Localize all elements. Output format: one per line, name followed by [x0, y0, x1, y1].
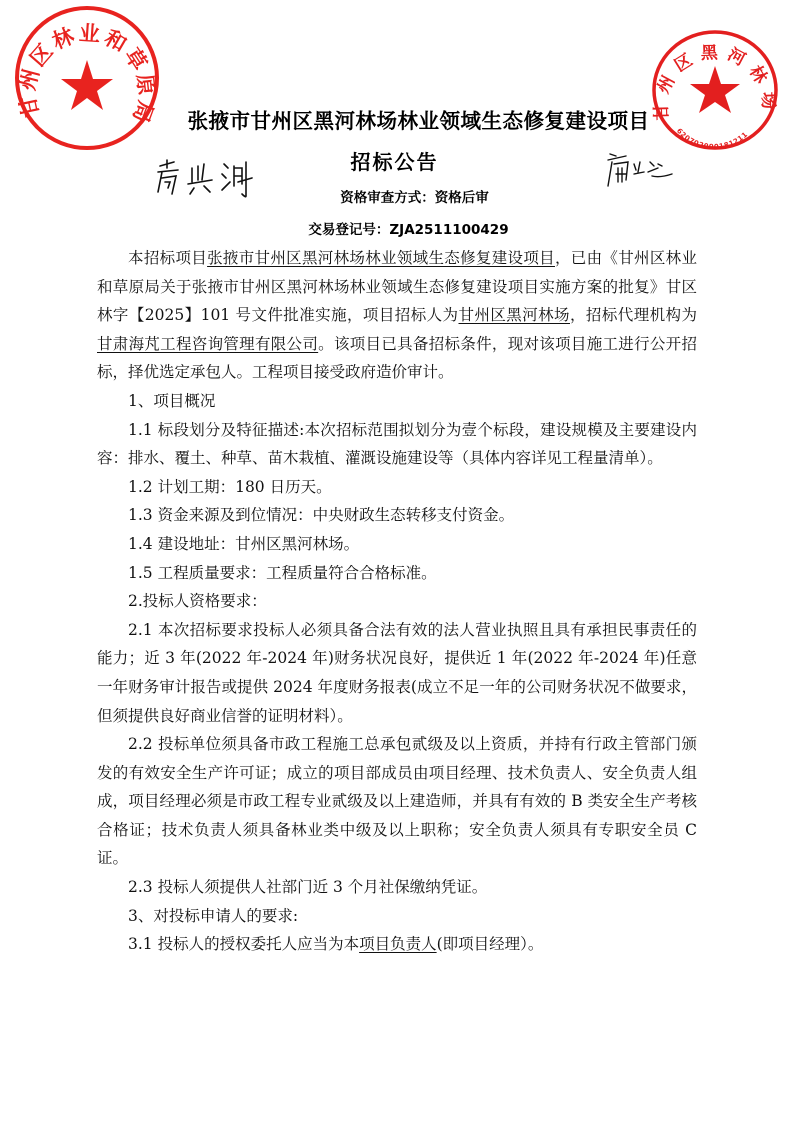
section-2-3: 2.3 投标人须提供人社部门近 3 个月社保缴纳凭证。	[97, 873, 697, 902]
registration-number: 交易登记号：ZJA2511100429	[12, 218, 793, 238]
section-2-1: 2.1 本次招标要求投标人必须具备合法有效的法人营业执照且具有承担民事责任的能力…	[97, 616, 697, 730]
intro-text: ，招标代理机构为	[570, 306, 697, 324]
document-subtitle: 招标公告	[0, 146, 791, 175]
section-heading-2: 2.投标人资格要求：	[97, 587, 697, 616]
document-title: 张掖市甘州区黑河林场林业领域生态修复建设项目	[22, 104, 793, 134]
section-heading-1: 1、项目概况	[97, 387, 697, 416]
section-1-3: 1.3 资金来源及到位情况：中央财政生态转移支付资金。	[97, 501, 697, 530]
document-page: 甘州区林业和草原局 甘州区黑河林场 620702000181211	[0, 0, 793, 1122]
project-name: 张掖市甘州区黑河林场林业领域生态修复建设项目	[207, 249, 555, 267]
section-3-1-text: (即项目经理）。	[437, 935, 544, 953]
section-1-2: 1.2 计划工期：180 日历天。	[97, 473, 697, 502]
document-body: 本招标项目张掖市甘州区黑河林场林业领域生态修复建设项目，已由《甘州区林业和草原局…	[97, 244, 697, 959]
intro-text: 本招标项目	[128, 249, 207, 267]
section-3-1-text: 3.1 投标人的授权委托人应当为本	[128, 935, 359, 953]
official-seal-right-icon: 甘州区黑河林场 620702000181211	[649, 28, 779, 154]
section-3-1: 3.1 投标人的授权委托人应当为本项目负责人(即项目经理）。	[97, 930, 697, 959]
section-1-5: 1.5 工程质量要求：工程质量符合合格标准。	[97, 559, 697, 588]
intro-paragraph: 本招标项目张掖市甘州区黑河林场林业领域生态修复建设项目，已由《甘州区林业和草原局…	[97, 244, 697, 387]
review-method: 资格审查方式：资格后审	[18, 186, 793, 206]
project-leader: 项目负责人	[359, 935, 437, 953]
section-1-4: 1.4 建设地址：甘州区黑河林场。	[97, 530, 697, 559]
section-2-2: 2.2 投标单位须具备市政工程施工总承包贰级及以上资质，并持有行政主管部门颁发的…	[97, 730, 697, 873]
section-1-1: 1.1 标段划分及特征描述:本次招标范围拟划分为壹个标段，建设规模及主要建设内容…	[97, 416, 697, 473]
tenderer-name: 甘州区黑河林场	[459, 306, 571, 324]
section-heading-3: 3、对投标申请人的要求:	[97, 902, 697, 931]
agency-name: 甘肃海芃工程咨询管理有限公司	[97, 335, 318, 353]
